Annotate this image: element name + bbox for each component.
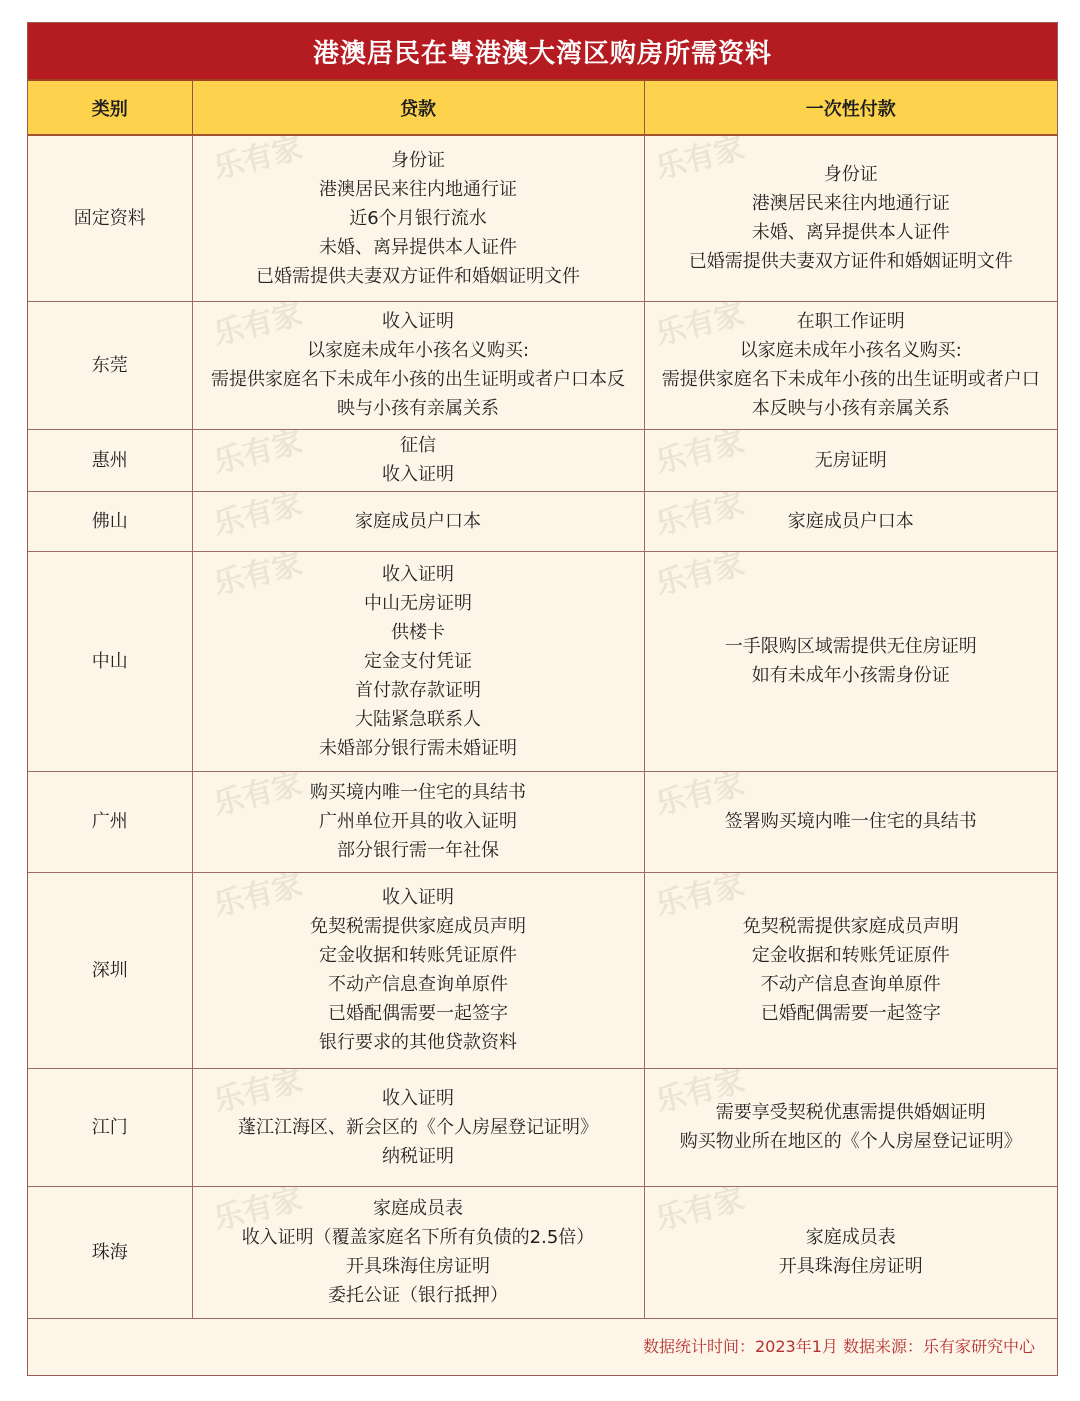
requirement-item: 映与小孩有亲属关系 bbox=[197, 394, 640, 423]
lump-sum-cell: 需要享受契税优惠需提供婚姻证明购买物业所在地区的《个人房屋登记证明》乐有家 bbox=[644, 1068, 1057, 1186]
requirement-item: 免契税需提供家庭成员声明 bbox=[649, 912, 1054, 941]
lump-sum-cell: 在职工作证明以家庭未成年小孩名义购买:需提供家庭名下未成年小孩的出生证明或者户口… bbox=[644, 301, 1057, 429]
requirement-item: 身份证 bbox=[649, 160, 1054, 189]
requirement-item: 收入证明 bbox=[197, 460, 640, 489]
category-cell: 固定资料 bbox=[28, 135, 192, 301]
requirement-item: 一手限购区域需提供无住房证明 bbox=[649, 632, 1054, 661]
lump-sum-cell: 签署购买境内唯一住宅的具结书乐有家 bbox=[644, 771, 1057, 872]
requirement-item: 购买物业所在地区的《个人房屋登记证明》 bbox=[649, 1127, 1054, 1156]
requirement-item: 大陆紧急联系人 bbox=[197, 705, 640, 734]
lump-sum-cell: 无房证明乐有家 bbox=[644, 429, 1057, 491]
lump-sum-cell: 家庭成员户口本乐有家 bbox=[644, 491, 1057, 551]
lump-sum-cell: 身份证港澳居民来往内地通行证未婚、离异提供本人证件已婚需提供夫妻双方证件和婚姻证… bbox=[644, 135, 1057, 301]
requirement-item: 本反映与小孩有亲属关系 bbox=[649, 394, 1054, 423]
loan-cell: 收入证明中山无房证明供楼卡定金支付凭证首付款存款证明大陆紧急联系人未婚部分银行需… bbox=[192, 551, 644, 771]
requirement-item: 已婚配偶需要一起签字 bbox=[649, 999, 1054, 1028]
lump-sum-cell: 免契税需提供家庭成员声明定金收据和转账凭证原件不动产信息查询单原件已婚配偶需要一… bbox=[644, 872, 1057, 1068]
requirement-item: 免契税需提供家庭成员声明 bbox=[197, 912, 640, 941]
requirement-item: 委托公证（银行抵押） bbox=[197, 1281, 640, 1310]
requirement-item: 收入证明 bbox=[197, 560, 640, 589]
header-lump-sum: 一次性付款 bbox=[644, 81, 1057, 135]
requirement-item: 蓬江江海区、新会区的《个人房屋登记证明》 bbox=[197, 1113, 640, 1142]
loan-cell: 收入证明以家庭未成年小孩名义购买:需提供家庭名下未成年小孩的出生证明或者户口本反… bbox=[192, 301, 644, 429]
requirement-item: 征信 bbox=[197, 431, 640, 460]
table-title: 港澳居民在粤港澳大湾区购房所需资料 bbox=[28, 23, 1057, 81]
requirement-item: 开具珠海住房证明 bbox=[649, 1252, 1054, 1281]
loan-cell: 收入证明免契税需提供家庭成员声明定金收据和转账凭证原件不动产信息查询单原件已婚配… bbox=[192, 872, 644, 1068]
requirement-item: 港澳居民来往内地通行证 bbox=[197, 175, 640, 204]
requirement-item: 以家庭未成年小孩名义购买: bbox=[649, 336, 1054, 365]
source-note: 数据统计时间：2023年1月 数据来源：乐有家研究中心 bbox=[28, 1318, 1057, 1375]
header-row: 类别 贷款 一次性付款 bbox=[28, 81, 1057, 135]
requirement-item: 已婚需提供夫妻双方证件和婚姻证明文件 bbox=[197, 262, 640, 291]
requirement-item: 开具珠海住房证明 bbox=[197, 1252, 640, 1281]
loan-cell: 身份证港澳居民来往内地通行证近6个月银行流水未婚、离异提供本人证件已婚需提供夫妻… bbox=[192, 135, 644, 301]
table-row: 惠州征信收入证明乐有家无房证明乐有家 bbox=[28, 429, 1057, 491]
requirement-item: 需提供家庭名下未成年小孩的出生证明或者户口 bbox=[649, 365, 1054, 394]
requirement-item: 纳税证明 bbox=[197, 1142, 640, 1171]
requirements-table: 类别 贷款 一次性付款 固定资料身份证港澳居民来往内地通行证近6个月银行流水未婚… bbox=[28, 81, 1057, 1375]
requirement-item: 首付款存款证明 bbox=[197, 676, 640, 705]
requirement-item: 定金支付凭证 bbox=[197, 647, 640, 676]
requirement-item: 定金收据和转账凭证原件 bbox=[649, 941, 1054, 970]
loan-cell: 家庭成员表收入证明（覆盖家庭名下所有负债的2.5倍）开具珠海住房证明委托公证（银… bbox=[192, 1186, 644, 1318]
requirement-item: 不动产信息查询单原件 bbox=[649, 970, 1054, 999]
requirement-item: 未婚、离异提供本人证件 bbox=[197, 233, 640, 262]
category-cell: 佛山 bbox=[28, 491, 192, 551]
lump-sum-cell: 家庭成员表开具珠海住房证明乐有家 bbox=[644, 1186, 1057, 1318]
table-row: 佛山家庭成员户口本乐有家家庭成员户口本乐有家 bbox=[28, 491, 1057, 551]
requirement-item: 部分银行需一年社保 bbox=[197, 836, 640, 865]
table-row: 广州购买境内唯一住宅的具结书广州单位开具的收入证明部分银行需一年社保乐有家签署购… bbox=[28, 771, 1057, 872]
category-cell: 珠海 bbox=[28, 1186, 192, 1318]
category-cell: 广州 bbox=[28, 771, 192, 872]
category-cell: 深圳 bbox=[28, 872, 192, 1068]
requirement-item: 在职工作证明 bbox=[649, 307, 1054, 336]
requirement-item: 定金收据和转账凭证原件 bbox=[197, 941, 640, 970]
requirement-item: 购买境内唯一住宅的具结书 bbox=[197, 778, 640, 807]
requirement-item: 港澳居民来往内地通行证 bbox=[649, 189, 1054, 218]
requirement-item: 未婚部分银行需未婚证明 bbox=[197, 734, 640, 763]
table-row: 珠海家庭成员表收入证明（覆盖家庭名下所有负债的2.5倍）开具珠海住房证明委托公证… bbox=[28, 1186, 1057, 1318]
lump-sum-cell: 一手限购区域需提供无住房证明如有未成年小孩需身份证乐有家 bbox=[644, 551, 1057, 771]
requirement-item: 家庭成员表 bbox=[649, 1223, 1054, 1252]
loan-cell: 购买境内唯一住宅的具结书广州单位开具的收入证明部分银行需一年社保乐有家 bbox=[192, 771, 644, 872]
requirement-item: 中山无房证明 bbox=[197, 589, 640, 618]
loan-cell: 收入证明蓬江江海区、新会区的《个人房屋登记证明》纳税证明乐有家 bbox=[192, 1068, 644, 1186]
requirement-item: 家庭成员表 bbox=[197, 1194, 640, 1223]
requirement-item: 如有未成年小孩需身份证 bbox=[649, 661, 1054, 690]
requirement-item: 供楼卡 bbox=[197, 618, 640, 647]
requirement-item: 收入证明 bbox=[197, 1084, 640, 1113]
category-cell: 东莞 bbox=[28, 301, 192, 429]
requirement-item: 身份证 bbox=[197, 146, 640, 175]
header-category: 类别 bbox=[28, 81, 192, 135]
requirement-item: 收入证明（覆盖家庭名下所有负债的2.5倍） bbox=[197, 1223, 640, 1252]
housing-docs-table-sheet: 港澳居民在粤港澳大湾区购房所需资料 类别 贷款 一次性付款 固定资料身份证港澳居… bbox=[27, 22, 1058, 1376]
table-row: 中山收入证明中山无房证明供楼卡定金支付凭证首付款存款证明大陆紧急联系人未婚部分银… bbox=[28, 551, 1057, 771]
requirement-item: 收入证明 bbox=[197, 307, 640, 336]
category-cell: 惠州 bbox=[28, 429, 192, 491]
requirement-item: 家庭成员户口本 bbox=[197, 507, 640, 536]
requirement-item: 需提供家庭名下未成年小孩的出生证明或者户口本反 bbox=[197, 365, 640, 394]
category-cell: 中山 bbox=[28, 551, 192, 771]
requirement-item: 未婚、离异提供本人证件 bbox=[649, 218, 1054, 247]
table-row: 固定资料身份证港澳居民来往内地通行证近6个月银行流水未婚、离异提供本人证件已婚需… bbox=[28, 135, 1057, 301]
requirement-item: 家庭成员户口本 bbox=[649, 507, 1054, 536]
requirement-item: 收入证明 bbox=[197, 883, 640, 912]
requirement-item: 银行要求的其他贷款资料 bbox=[197, 1028, 640, 1057]
table-row: 江门收入证明蓬江江海区、新会区的《个人房屋登记证明》纳税证明乐有家需要享受契税优… bbox=[28, 1068, 1057, 1186]
requirement-item: 以家庭未成年小孩名义购买: bbox=[197, 336, 640, 365]
table-row: 深圳收入证明免契税需提供家庭成员声明定金收据和转账凭证原件不动产信息查询单原件已… bbox=[28, 872, 1057, 1068]
requirement-item: 无房证明 bbox=[649, 446, 1054, 475]
requirement-item: 近6个月银行流水 bbox=[197, 204, 640, 233]
requirement-item: 需要享受契税优惠需提供婚姻证明 bbox=[649, 1098, 1054, 1127]
category-cell: 江门 bbox=[28, 1068, 192, 1186]
footer-row: 数据统计时间：2023年1月 数据来源：乐有家研究中心 bbox=[28, 1318, 1057, 1375]
requirement-item: 签署购买境内唯一住宅的具结书 bbox=[649, 807, 1054, 836]
watermark-logo: 乐有家 bbox=[652, 549, 746, 599]
requirement-item: 已婚配偶需要一起签字 bbox=[197, 999, 640, 1028]
header-loan: 贷款 bbox=[192, 81, 644, 135]
requirement-item: 不动产信息查询单原件 bbox=[197, 970, 640, 999]
requirement-item: 已婚需提供夫妻双方证件和婚姻证明文件 bbox=[649, 247, 1054, 276]
table-row: 东莞收入证明以家庭未成年小孩名义购买:需提供家庭名下未成年小孩的出生证明或者户口… bbox=[28, 301, 1057, 429]
requirement-item: 广州单位开具的收入证明 bbox=[197, 807, 640, 836]
loan-cell: 征信收入证明乐有家 bbox=[192, 429, 644, 491]
loan-cell: 家庭成员户口本乐有家 bbox=[192, 491, 644, 551]
